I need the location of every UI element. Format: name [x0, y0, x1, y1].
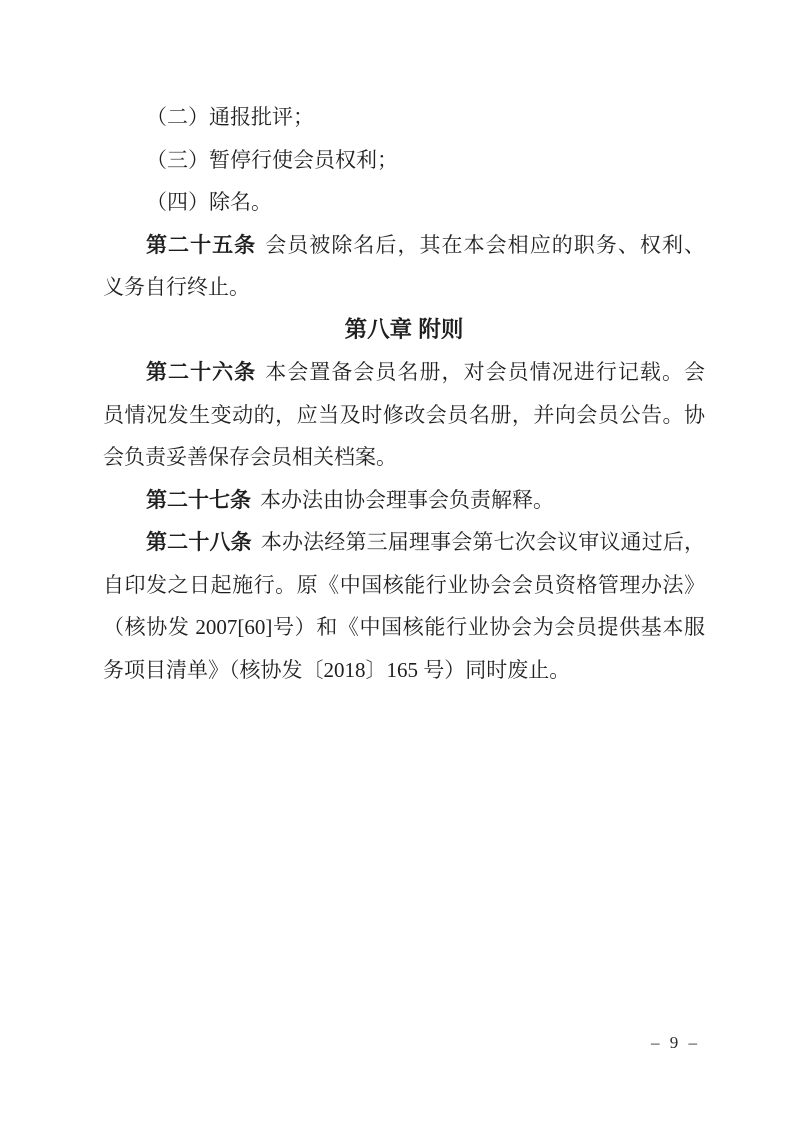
document-page: （二）通报批评； （三）暂停行使会员权利； （四）除名。 第二十五条会员被除名后…: [0, 0, 800, 1131]
article-25-text: 会员被除名后，其在本会相应的职务、权利、: [265, 233, 705, 257]
article-28-line-2: 自印发之日起施行。原《中国核能行业协会会员资格管理办法》: [103, 564, 705, 607]
article-26-line-1: 第二十六条本会置备会员名册，对会员情况进行记载。会: [103, 351, 705, 394]
article-26-line-2: 员情况发生变动的，应当及时修改会员名册，并向会员公告。协: [103, 394, 705, 437]
penalty-item-4: （四）除名。: [103, 181, 705, 224]
article-28-line-1: 第二十八条本办法经第三届理事会第七次会议审议通过后，: [103, 521, 705, 564]
article-27-number-label: 第二十七条: [146, 488, 251, 512]
page-number: – 9 –: [651, 1032, 700, 1054]
article-27-text: 本办法由协会理事会负责解释。: [260, 488, 554, 512]
article-27-line: 第二十七条本办法由协会理事会负责解释。: [103, 479, 705, 522]
article-28-number-label: 第二十八条: [146, 530, 252, 554]
article-25-line-2: 义务自行终止。: [103, 266, 705, 309]
article-28-line-4: 务项目清单》（核协发〔2018〕165 号）同时废止。: [103, 649, 705, 692]
article-26-line-3: 会负责妥善保存会员相关档案。: [103, 436, 705, 479]
document-body: （二）通报批评； （三）暂停行使会员权利； （四）除名。 第二十五条会员被除名后…: [103, 96, 705, 691]
article-25-line-1: 第二十五条会员被除名后，其在本会相应的职务、权利、: [103, 224, 705, 267]
article-26-number-label: 第二十六条: [146, 360, 256, 384]
article-25-number-label: 第二十五条: [146, 233, 256, 257]
chapter-8-heading: 第八章 附则: [103, 309, 705, 352]
penalty-item-3: （三）暂停行使会员权利；: [103, 139, 705, 182]
article-28-text: 本办法经第三届理事会第七次会议审议通过后，: [261, 530, 705, 554]
article-28-line-3: （核协发 2007[60]号）和《中国核能行业协会为会员提供基本服: [103, 606, 705, 649]
penalty-item-2: （二）通报批评；: [103, 96, 705, 139]
article-26-text: 本会置备会员名册，对会员情况进行记载。会: [265, 360, 705, 384]
